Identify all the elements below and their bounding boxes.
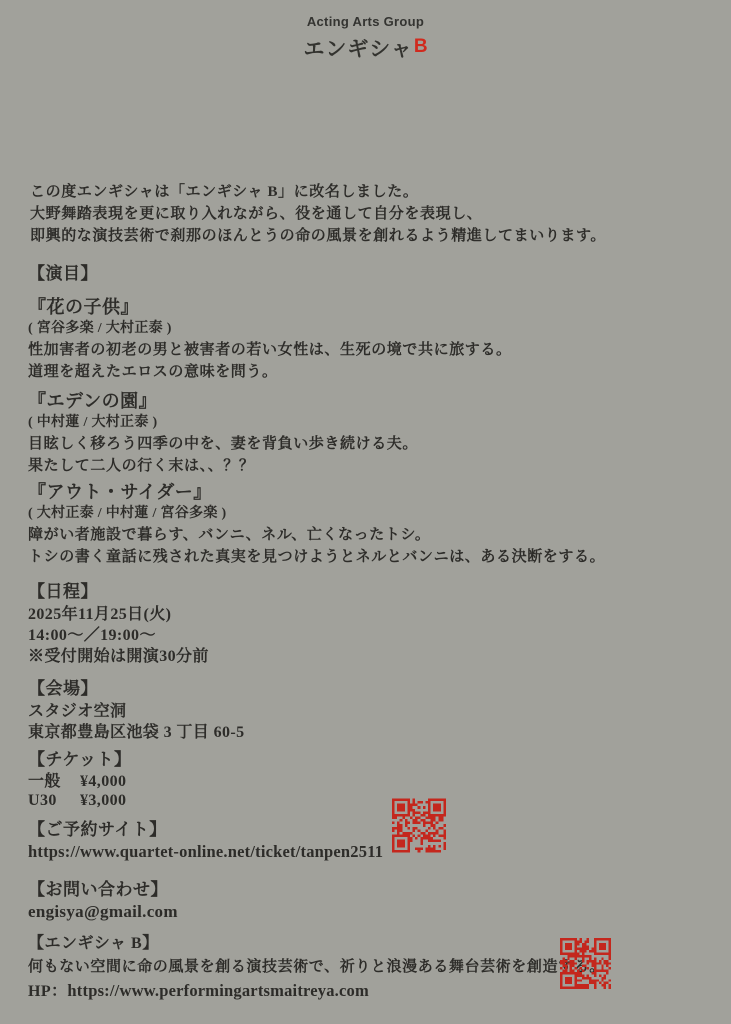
ticket-heading: 【チケット】 [28,748,131,772]
ticket-type: 一般 [28,772,80,791]
intro-line: 即興的な演技芸術で刹那のほんとうの命の風景を創れるよう精進してまいります。 [30,225,606,247]
contact-email-link[interactable]: engisya@gmail.com [28,902,178,921]
program-heading: 【演目】 [28,262,98,286]
venue-heading: 【会場】 [28,677,245,701]
flyer-page: Acting Arts Group エンギシャB この度エンギシャは「エンギシャ… [0,0,731,1024]
logo-b-accent: B [414,36,428,57]
about-section: 【エンギシャ B】 何もない空間に命の風景を創る演技芸術で、祈りと浪漫ある舞台芸… [28,932,605,1002]
play-description: トシの書く童話に残された真実を見つけようとネルとバンニは、ある決断をする。 [28,546,605,568]
flyer-header: Acting Arts Group エンギシャB [0,14,731,63]
play-cast: ( 大村正泰 / 中村蓮 / 宮谷多楽 ) [28,504,605,524]
hp-url-link[interactable]: https://www.performingartsmaitreya.com [67,981,369,1000]
play-description: 障がい者施設で暮らす、バンニ、ネル、亡くなったトシ。 [28,524,605,546]
reservation-qr-code-icon [392,798,446,853]
contact-section: 【お問い合わせ】 engisya@gmail.com [28,878,178,922]
ticket-price: ¥3,000 [80,792,126,809]
hp-label: HP： [28,983,67,1000]
intro-line: 大野舞踏表現を更に取り入れながら、役を通して自分を表現し、 [30,203,606,225]
play-cast: ( 中村蓮 / 大村正泰 ) [28,413,418,433]
about-hp-line: HP：https://www.performingartsmaitreya.co… [28,980,605,1002]
play-description: 目眩しく移ろう四季の中を、妻を背負い歩き続ける夫。 [28,433,418,455]
group-name: Acting Arts Group [0,14,731,29]
play-description: 果たして二人の行く末は、、？？ [28,455,418,477]
ticket-price: ¥4,000 [80,773,126,790]
logo: エンギシャB [0,33,731,63]
venue-address: 東京都豊島区池袋 3 丁目 60-5 [28,722,245,743]
schedule-section: 【日程】 2025年11月25日(火) 14:00〜／19:00〜 ※受付開始は… [28,580,209,667]
ticket-section: 【チケット】 一般¥4,000 U30¥3,000 [28,748,131,810]
play-title: 『花の子供』 [28,295,512,319]
schedule-heading: 【日程】 [28,580,209,604]
program-heading-wrap: 【演目】 [28,262,98,286]
play-item: 『アウト・サイダー』 ( 大村正泰 / 中村蓮 / 宮谷多楽 ) 障がい者施設で… [28,480,605,568]
ticket-row: U30¥3,000 [28,791,131,810]
intro-line: この度エンギシャは「エンギシャ B」に改名しました。 [30,181,606,203]
ticket-type: U30 [28,791,80,810]
contact-heading: 【お問い合わせ】 [28,878,178,902]
venue-section: 【会場】 スタジオ空洞 東京都豊島区池袋 3 丁目 60-5 [28,677,245,743]
intro-section: この度エンギシャは「エンギシャ B」に改名しました。 大野舞踏表現を更に取り入れ… [30,181,606,247]
schedule-date: 2025年11月25日(火) [28,604,209,625]
play-title: 『エデンの園』 [28,389,418,413]
reservation-url-link[interactable]: https://www.quartet-online.net/ticket/ta… [28,842,383,861]
schedule-note: ※受付開始は開演30分前 [28,646,209,667]
play-description: 道理を超えたエロスの意味を問う。 [28,361,512,383]
play-item: 『花の子供』 ( 宮谷多楽 / 大村正泰 ) 性加害者の初老の男と被害者の若い女… [28,295,512,383]
schedule-time: 14:00〜／19:00〜 [28,625,209,646]
play-title: 『アウト・サイダー』 [28,480,605,504]
about-heading: 【エンギシャ B】 [28,932,605,956]
logo-text: エンギシャ [303,38,412,61]
play-description: 性加害者の初老の男と被害者の若い女性は、生死の境で共に旅する。 [28,339,512,361]
reservation-heading: 【ご予約サイト】 [28,818,383,842]
about-description: 何もない空間に命の風景を創る演技芸術で、祈りと浪漫ある舞台芸術を創造する。 [28,956,605,978]
reservation-section: 【ご予約サイト】 https://www.quartet-online.net/… [28,818,383,862]
play-cast: ( 宮谷多楽 / 大村正泰 ) [28,319,512,339]
ticket-row: 一般¥4,000 [28,772,131,791]
hp-qr-code-icon [560,938,611,989]
venue-name: スタジオ空洞 [28,701,245,722]
play-item: 『エデンの園』 ( 中村蓮 / 大村正泰 ) 目眩しく移ろう四季の中を、妻を背負… [28,389,418,477]
